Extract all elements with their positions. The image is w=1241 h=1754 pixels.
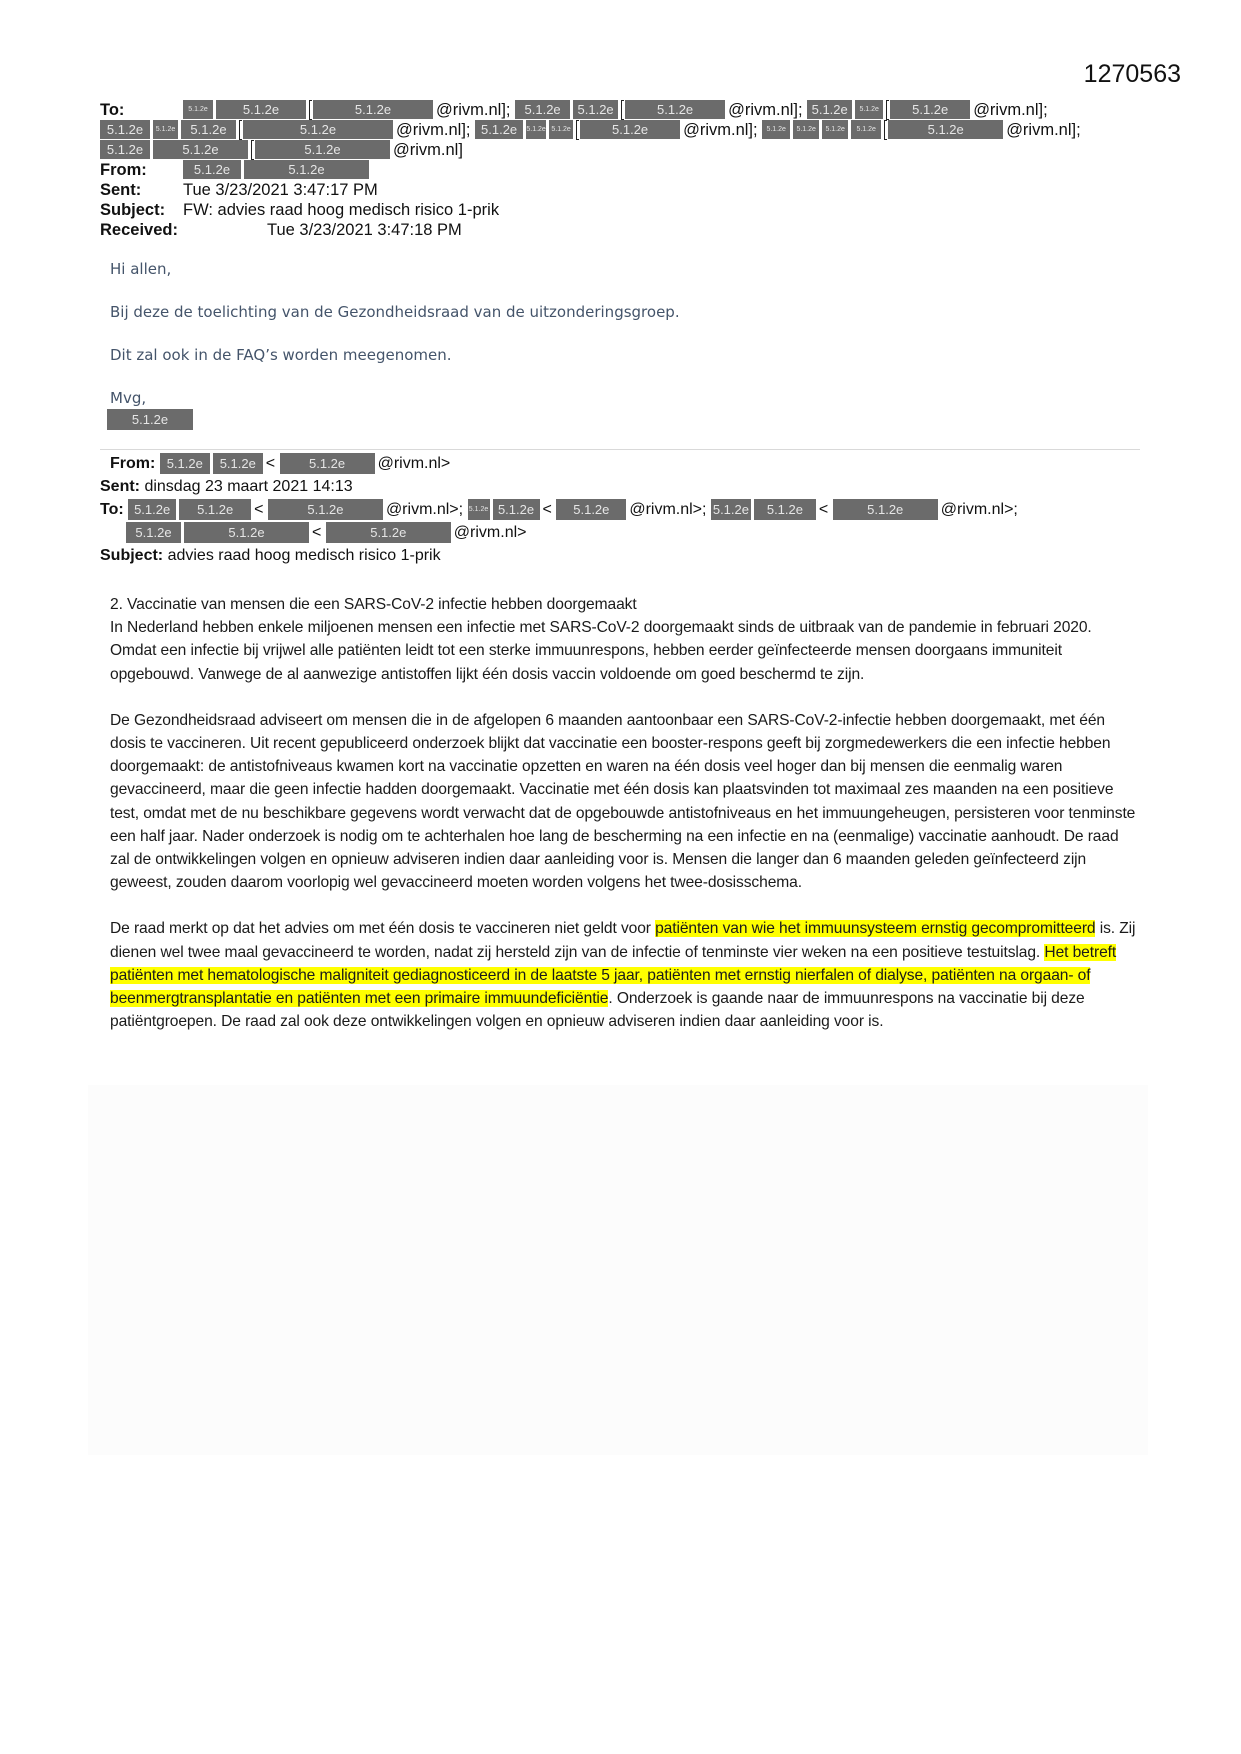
address-text: < [312,524,326,541]
redaction-box: 5.1.2e [181,120,236,139]
fwd-sent-value: dinsdag 23 maart 2021 14:13 [144,478,352,495]
to-label: To: [100,100,183,120]
bracket [884,120,887,140]
redaction-box: 5.1.2e [754,499,816,520]
redaction-box: 5.1.2e [244,160,369,179]
redaction-box: 5.1.2e [243,120,393,139]
document-number: 1270563 [1084,60,1181,89]
address-text: @rivm.nl] [393,141,463,159]
closing: Mvg, [110,387,1110,409]
greeting: Hi allen, [110,258,1110,280]
redaction-box: 5.1.2e [213,453,263,474]
address-text: @rivm.nl>; [629,501,711,518]
redaction-box: 5.1.2e [855,100,883,119]
highlighted-text: patiënten van wie het immuunsysteem erns… [655,920,1095,937]
advice-paragraph: De Gezondheidsraad adviseert om mensen d… [110,709,1140,895]
subject-value: FW: advies raad hoog medisch risico 1-pr… [183,200,1160,220]
redaction-box: 5.1.2e [126,522,181,543]
sent-value: Tue 3/23/2021 3:47:17 PM [183,180,1160,200]
to-line: 5.1.2e5.1.2e5.1.2e5.1.2e@rivm.nl]; 5.1.2… [100,120,1160,140]
fwd-from-value: 5.1.2e5.1.2e< 5.1.2e@rivm.nl> [160,455,451,472]
redaction-box: 5.1.2e [153,120,178,139]
advice-paragraph: De raad merkt op dat het advies om met é… [110,917,1140,1033]
outer-email-header: To: 5.1.2e5.1.2e5.1.2e@rivm.nl]; 5.1.2e5… [100,100,1160,240]
address-text: @rivm.nl]; [683,121,762,139]
fwd-subject-value: advies raad hoog medisch risico 1-prik [168,547,441,564]
bracket [251,140,254,160]
redaction-box: 5.1.2e [493,499,540,520]
redaction-box: 5.1.2e [851,120,881,139]
redaction-box: 5.1.2e [326,522,451,543]
address-text: @rivm.nl>; [941,501,1018,518]
fwd-subject-line: Subject: advies raad hoog medisch risico… [100,544,1160,567]
forwarded-header: From: 5.1.2e5.1.2e< 5.1.2e@rivm.nl> Sent… [100,452,1160,567]
signature-redaction: 5.1.2e [107,409,193,430]
redaction-box: 5.1.2e [822,120,848,139]
redaction-box: 5.1.2e [573,100,618,119]
address-text: @rivm.nl> [454,524,527,541]
address-text: @rivm.nl> [378,455,451,472]
document-page: 1270563 To: 5.1.2e5.1.2e5.1.2e@rivm.nl];… [0,0,1241,1754]
text-segment: 2. Vaccinatie van mensen die een SARS-Co… [110,596,637,613]
redaction-box: 5.1.2e [160,453,210,474]
subject-row: Subject: FW: advies raad hoog medisch ri… [100,200,1160,220]
separator-line [100,449,1140,450]
redaction-box: 5.1.2e [183,100,213,119]
redaction-box: 5.1.2e [100,120,150,139]
background-panel [88,1085,1148,1455]
fwd-to-label: To: [100,501,128,518]
advice-paragraph: 2. Vaccinatie van mensen die een SARS-Co… [110,593,1140,686]
to-row: To: 5.1.2e5.1.2e5.1.2e@rivm.nl]; 5.1.2e5… [100,100,1160,160]
redaction-box: 5.1.2e [711,499,751,520]
redaction-box: 5.1.2e [100,140,150,159]
fwd-subject-label: Subject: [100,547,163,564]
redaction-box: 5.1.2e [515,100,570,119]
address-text: < [254,501,268,518]
fwd-from-line: From: 5.1.2e5.1.2e< 5.1.2e@rivm.nl> [100,452,1160,475]
redaction-box: 5.1.2e [888,120,1003,139]
text-segment: De raad merkt op dat het advies om met é… [110,920,655,937]
received-row: Received: Tue 3/23/2021 3:47:18 PM [100,220,1160,240]
advice-text: 2. Vaccinatie van mensen die een SARS-Co… [110,593,1140,1056]
redaction-box: 5.1.2e [475,120,523,139]
redaction-box: 5.1.2e [807,100,852,119]
redaction-box: 5.1.2e [793,120,819,139]
address-text: @rivm.nl]; [1006,121,1081,139]
redaction-box: 5.1.2e [183,160,241,179]
bracket [621,100,624,120]
fwd-sent-line: Sent: dinsdag 23 maart 2021 14:13 [100,475,1160,498]
received-label: Received: [100,220,267,240]
received-value: Tue 3/23/2021 3:47:18 PM [267,220,1160,240]
address-text: < [543,501,557,518]
fwd-to-line: To: 5.1.2e5.1.2e< 5.1.2e@rivm.nl>; 5.1.2… [100,498,1160,521]
redaction-box: 5.1.2e [184,522,309,543]
message-line-1: Bij deze de toelichting van de Gezondhei… [110,301,1110,323]
address-text: @rivm.nl>; [386,501,468,518]
text-segment: De Gezondheidsraad adviseert om mensen d… [110,712,1135,891]
fwd-to-line: 5.1.2e5.1.2e< 5.1.2e@rivm.nl> [100,521,1160,544]
redaction-box: 5.1.2e [128,499,176,520]
redaction-box: 5.1.2e [833,499,938,520]
from-row: From: 5.1.2e5.1.2e [100,160,1160,180]
redaction-box: 5.1.2e [255,140,390,159]
address-text: @rivm.nl]; [728,101,807,119]
address-text: < [266,455,280,472]
redaction-box: 5.1.2e [526,120,546,139]
subject-label: Subject: [100,200,183,220]
to-line: 5.1.2e5.1.2e5.1.2e@rivm.nl]; 5.1.2e5.1.2… [183,100,1160,120]
redaction-box: 5.1.2e [268,499,383,520]
message-line-2: Dit zal ook in de FAQ’s worden meegenome… [110,344,1110,366]
sent-label: Sent: [100,180,183,200]
from-sender: 5.1.2e5.1.2e [183,160,1160,180]
bracket [886,100,889,120]
redaction-box: 5.1.2e [153,140,248,159]
redaction-box: 5.1.2e [625,100,725,119]
redaction-box: 5.1.2e [179,499,251,520]
address-text: @rivm.nl]; [973,101,1048,119]
redaction-box: 5.1.2e [216,100,306,119]
from-label: From: [100,160,183,180]
redaction-box: 5.1.2e [762,120,790,139]
redaction-box: 5.1.2e [280,453,375,474]
bracket [239,120,242,140]
sent-row: Sent: Tue 3/23/2021 3:47:17 PM [100,180,1160,200]
text-segment: In Nederland hebben enkele miljoenen men… [110,619,1092,682]
address-text: @rivm.nl]; [396,121,475,139]
bracket [309,100,312,120]
redaction-box: 5.1.2e [556,499,626,520]
address-text: @rivm.nl]; [436,101,515,119]
redaction-box: 5.1.2e [580,120,680,139]
fwd-sent-label: Sent: [100,478,140,495]
redaction-box: 5.1.2e [468,499,490,520]
fwd-from-label: From: [110,455,155,472]
to-line: 5.1.2e5.1.2e5.1.2e@rivm.nl] [100,140,1160,160]
redaction-box: 5.1.2e [313,100,433,119]
redaction-box: 5.1.2e [549,120,573,139]
redaction-box: 5.1.2e [890,100,970,119]
address-text: < [819,501,833,518]
to-recipients: 5.1.2e5.1.2e5.1.2e@rivm.nl]; 5.1.2e5.1.2… [183,100,1160,160]
bracket [576,120,579,140]
fwd-to-block: To: 5.1.2e5.1.2e< 5.1.2e@rivm.nl>; 5.1.2… [100,498,1160,544]
message-body: Hi allen, Bij deze de toelichting van de… [110,258,1110,430]
